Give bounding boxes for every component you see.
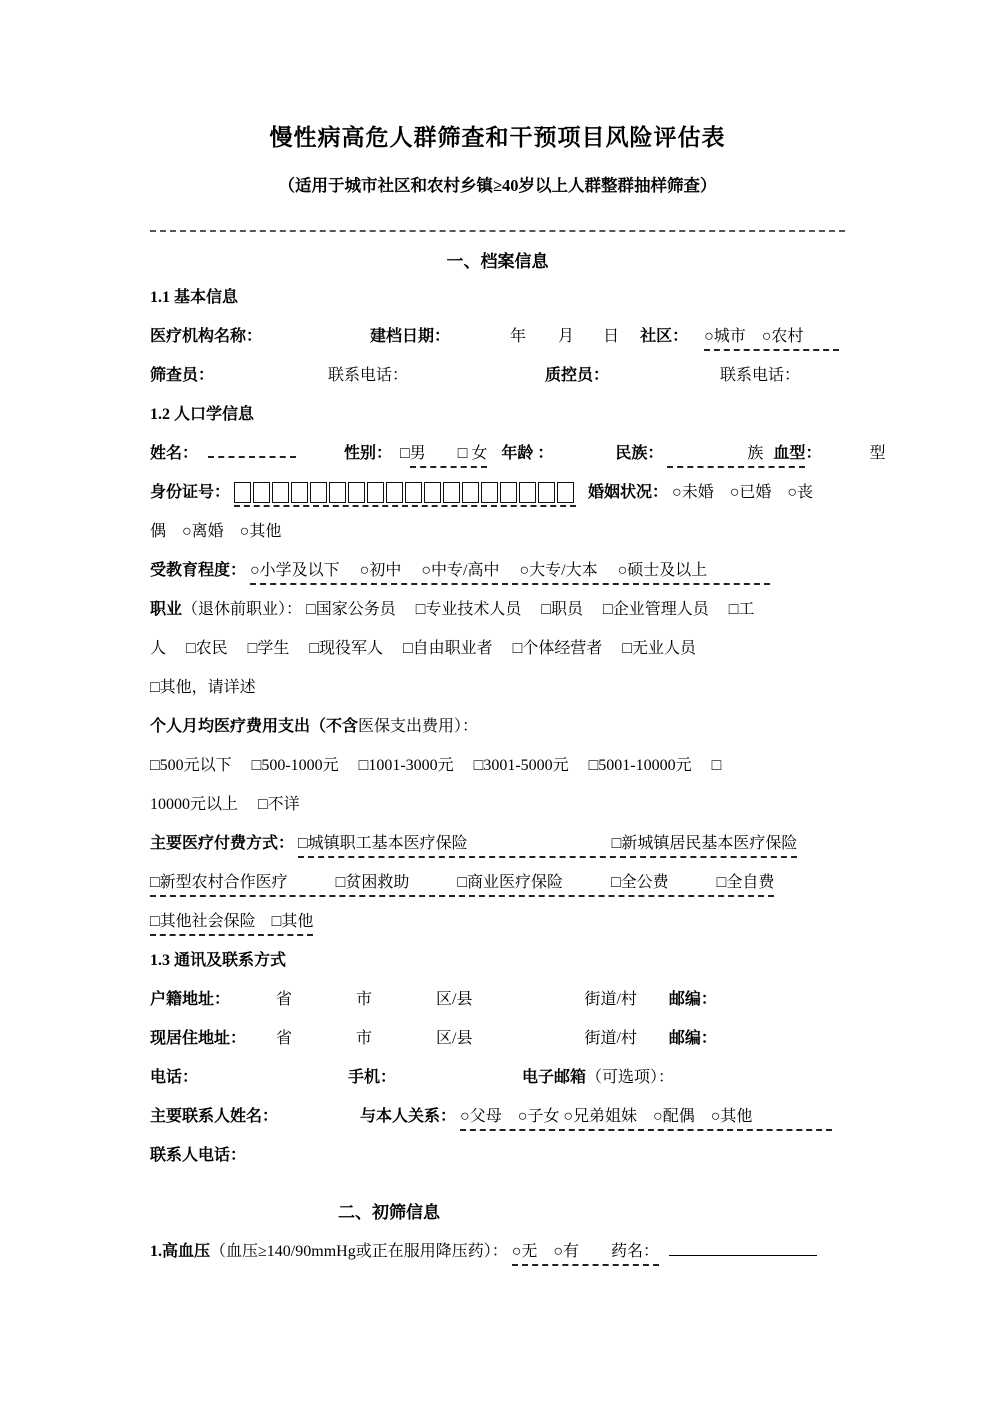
id-boxes	[234, 482, 576, 507]
expense-options-line2[interactable]: 10000元以上 □不详	[150, 796, 300, 813]
id-digit-box[interactable]	[310, 482, 327, 503]
community-options[interactable]: ○城市 ○农村	[704, 326, 839, 351]
hypertension-note: （血压≥140/90mmHg或正在服用降压药）：	[210, 1243, 508, 1260]
year-label: 年	[510, 328, 526, 345]
blood-type-label: 血型	[773, 445, 805, 462]
day-label: 日	[603, 328, 619, 345]
expense-options-row-2: 10000元以上 □不详	[150, 785, 845, 824]
residence-zip-label: 邮编：	[669, 1030, 717, 1047]
id-digit-box[interactable]	[386, 482, 403, 503]
marital-label: 婚姻状况：	[588, 484, 668, 501]
page-subtitle: （适用于城市社区和农村乡镇≥40岁以上人群整群抽样筛查）	[150, 174, 845, 198]
occupation-row-2: 人 □农民 □学生 □现役军人 □自由职业者 □个体经营者 □无业人员	[150, 629, 845, 668]
id-digit-box[interactable]	[519, 482, 536, 503]
occupation-row-3: □其他，请详述	[150, 668, 845, 707]
expense-options-row-1: □500元以下 □500-1000元 □1001-3000元 □3001-500…	[150, 746, 845, 785]
name-label: 姓名：	[150, 445, 198, 462]
org-name-label: 医疗机构名称：	[150, 328, 262, 345]
contact-name-label: 主要联系人姓名：	[150, 1108, 278, 1125]
community-label: 社区：	[640, 328, 688, 345]
gender-label: 性别：	[344, 445, 392, 462]
gender-options[interactable]: 男 □ 女	[410, 443, 488, 468]
payment-label: 主要医疗付费方式：	[150, 835, 294, 852]
occupation-options-line2[interactable]: 人 □农民 □学生 □现役军人 □自由职业者 □个体经营者 □无业人员	[150, 640, 696, 657]
id-digit-box[interactable]	[443, 482, 460, 503]
marital-options-line2[interactable]: 偶 ○离婚 ○其他	[150, 523, 281, 540]
contact-phone-label: 联系人电话：	[150, 1147, 246, 1164]
hypertension-options[interactable]: ○无 ○有 药名：	[512, 1241, 659, 1266]
qc-label: 质控员：	[545, 367, 609, 384]
subsection-contact-heading: 1.3 通讯及联系方式	[150, 941, 845, 980]
ethnic-label: 民族：	[615, 445, 663, 462]
blood-type-colon: ：	[805, 445, 821, 462]
page-title: 慢性病高危人群筛查和干预项目风险评估表	[150, 122, 845, 154]
payment-row-2: □新型农村合作医疗 □贫困救助 □商业医疗保险 □全公费 □全自费	[150, 863, 845, 902]
gender-male-checkbox[interactable]: □	[400, 445, 410, 462]
phone-label: 电话：	[150, 1069, 198, 1086]
residence-address-fields[interactable]: 省 市 区/县 街道/村	[276, 1030, 637, 1047]
hypertension-label: 1.高血压	[150, 1243, 210, 1260]
relation-options[interactable]: ○父母 ○子女 ○兄弟姐妹 ○配偶 ○其他	[460, 1106, 832, 1131]
id-digit-box[interactable]	[500, 482, 517, 503]
email-note: （可选项）：	[586, 1069, 674, 1086]
month-label: 月	[558, 328, 574, 345]
id-digit-box[interactable]	[462, 482, 479, 503]
org-date-row: 医疗机构名称： 建档日期： 年 月 日 社区： ○城市 ○农村	[150, 317, 845, 356]
occupation-row-1: 职业（退休前职业）： □国家公务员 □专业技术人员 □职员 □企业管理人员 □工	[150, 590, 845, 629]
marital-options-line1[interactable]: ○未婚 ○已婚 ○丧	[672, 484, 813, 501]
id-marital-row: 身份证号： 婚姻状况： ○未婚 ○已婚 ○丧	[150, 473, 845, 512]
id-digit-box[interactable]	[348, 482, 365, 503]
screener-phone-label: 联系电话：	[328, 367, 408, 384]
screener-label: 筛查员：	[150, 367, 214, 384]
email-label: 电子邮箱	[522, 1069, 586, 1086]
hypertension-row: 1.高血压（血压≥140/90mmHg或正在服用降压药）： ○无 ○有 药名：	[150, 1232, 845, 1271]
screener-row: 筛查员： 联系电话： 质控员： 联系电话：	[150, 356, 845, 395]
id-digit-box[interactable]	[253, 482, 270, 503]
section1-heading: 一、档案信息	[150, 246, 845, 278]
payment-options-line2[interactable]: □新型农村合作医疗 □贫困救助 □商业医疗保险 □全公费 □全自费	[150, 872, 774, 897]
education-row: 受教育程度： ○小学及以下 ○初中 ○中专/高中 ○大专/大本 ○硕士及以上	[150, 551, 845, 590]
id-digit-box[interactable]	[481, 482, 498, 503]
qc-phone-label: 联系电话：	[720, 367, 800, 384]
hukou-zip-label: 邮编：	[669, 991, 717, 1008]
subsection-demo-heading: 1.2 人口学信息	[150, 395, 845, 434]
age-label: 年龄 ：	[501, 445, 553, 462]
id-digit-box[interactable]	[557, 482, 574, 503]
id-digit-box[interactable]	[329, 482, 346, 503]
hukou-address-row: 户籍地址： 省 市 区/县 街道/村 邮编：	[150, 980, 845, 1019]
phone-row: 电话： 手机： 电子邮箱（可选项）：	[150, 1058, 845, 1097]
id-digit-box[interactable]	[405, 482, 422, 503]
relation-label: 与本人关系：	[360, 1108, 456, 1125]
education-options[interactable]: ○小学及以下 ○初中 ○中专/高中 ○大专/大本 ○硕士及以上	[250, 560, 770, 585]
expense-label-row: 个人月均医疗费用支出（不含医保支出费用）：	[150, 707, 845, 746]
hukou-address-label: 户籍地址：	[150, 991, 230, 1008]
expense-label-bold: 个人月均医疗费用支出（不含	[150, 718, 358, 735]
payment-options-line1[interactable]: □城镇职工基本医疗保险 □新城镇居民基本医疗保险	[298, 833, 797, 858]
mobile-label: 手机：	[348, 1069, 396, 1086]
residence-address-row: 现居住地址： 省 市 区/县 街道/村 邮编：	[150, 1019, 845, 1058]
occupation-label: 职业	[150, 601, 182, 618]
drug-name-input[interactable]	[669, 1237, 817, 1256]
id-digit-box[interactable]	[538, 482, 555, 503]
name-input[interactable]	[208, 437, 296, 458]
ethnic-input[interactable]: 族	[667, 445, 763, 462]
residence-address-label: 现居住地址：	[150, 1030, 246, 1047]
id-digit-box[interactable]	[424, 482, 441, 503]
ethnic-blood-underline: 族血型	[667, 443, 805, 468]
payment-options-line3[interactable]: □其他社会保险 □其他	[150, 911, 313, 936]
dashed-divider	[150, 230, 845, 232]
record-date-label: 建档日期：	[370, 328, 450, 345]
id-digit-box[interactable]	[291, 482, 308, 503]
occupation-options-line1[interactable]: □国家公务员 □专业技术人员 □职员 □企业管理人员 □工	[306, 601, 754, 618]
id-digit-box[interactable]	[367, 482, 384, 503]
subsection-basic-heading: 1.1 基本信息	[150, 278, 845, 317]
id-digit-box[interactable]	[272, 482, 289, 503]
blood-type-suffix: 型	[869, 445, 885, 462]
hukou-address-fields[interactable]: 省 市 区/县 街道/村	[276, 991, 637, 1008]
occupation-options-other[interactable]: □其他，请详述	[150, 679, 256, 696]
education-label: 受教育程度：	[150, 562, 246, 579]
section2-heading: 二、初筛信息	[338, 1193, 845, 1232]
name-gender-row: 姓名： 性别： □男 □ 女 年龄 ： 民族： 族血型： 型	[150, 434, 845, 473]
marital-row-2: 偶 ○离婚 ○其他	[150, 512, 845, 551]
payment-row-3: □其他社会保险 □其他	[150, 902, 845, 941]
expense-options-line1[interactable]: □500元以下 □500-1000元 □1001-3000元 □3001-500…	[150, 757, 721, 774]
id-number-label: 身份证号：	[150, 484, 230, 501]
id-digit-box[interactable]	[234, 482, 251, 503]
occupation-note: （退休前职业）：	[182, 601, 302, 618]
form-page: 慢性病高危人群筛查和干预项目风险评估表 （适用于城市社区和农村乡镇≥40岁以上人…	[0, 0, 993, 1404]
contact-phone-row: 联系人电话：	[150, 1136, 845, 1175]
contact-person-row: 主要联系人姓名： 与本人关系： ○父母 ○子女 ○兄弟姐妹 ○配偶 ○其他	[150, 1097, 845, 1136]
payment-row-1: 主要医疗付费方式： □城镇职工基本医疗保险 □新城镇居民基本医疗保险	[150, 824, 845, 863]
expense-label-normal: 医保支出费用）：	[358, 718, 478, 735]
